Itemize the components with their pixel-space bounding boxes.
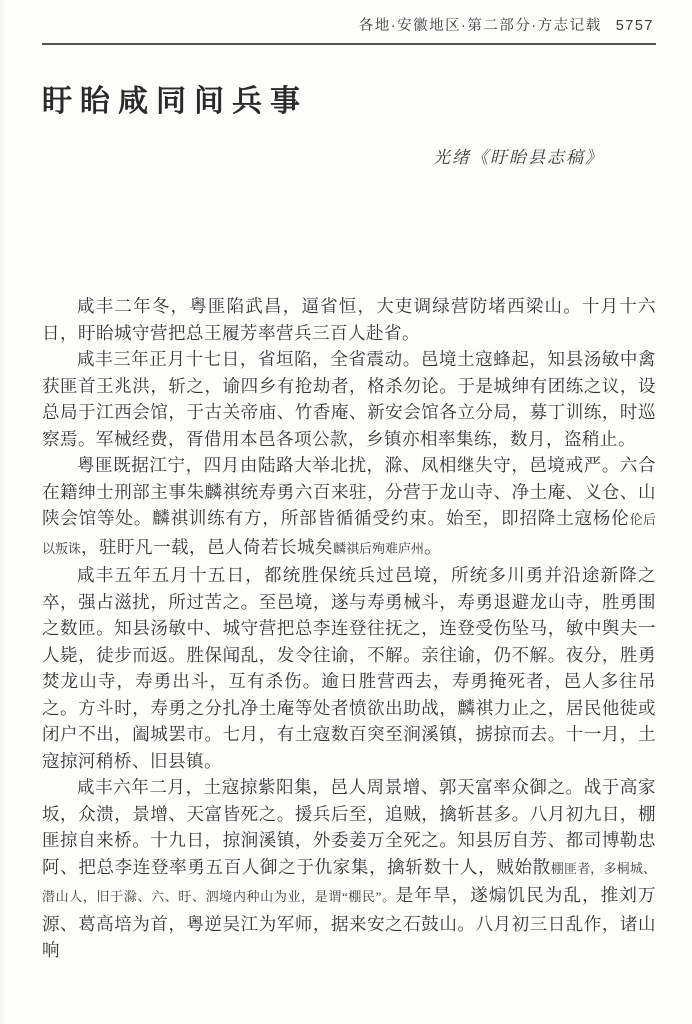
paragraph-text: 咸丰五年五月十五日，都统胜保统兵过邑境，所统多川勇并沿途新降之卒，强占滋扰，所过… — [42, 565, 656, 771]
running-header: 各地·安徽地区·第二部分·方志记载 5757 — [42, 14, 656, 35]
paragraph: 粤匪既据江宁，四月由陆路大举北扰，滁、凤相继失守，邑境戒严。六合在籍绅士刑部主事… — [42, 452, 656, 562]
header-divider — [42, 43, 656, 45]
article-body: 咸丰二年冬，粤匪陷武昌，逼省恒，大吏调绿营防堵西梁山。十月十六日，盱眙城守营把总… — [42, 293, 656, 964]
paragraph-text: 粤匪既据江宁，四月由陆路大举北扰，滁、凤相继失守，邑境戒严。六合在籍绅士刑部主事… — [42, 455, 656, 528]
paragraph-text: ，驻盱凡一载，邑人倚若长城矣 — [81, 537, 333, 557]
header-breadcrumb: 各地·安徽地区·第二部分·方志记载 — [359, 14, 602, 35]
inline-note: 麟祺后殉难庐州 — [333, 541, 424, 556]
paragraph: 咸丰六年二月，土寇掠紫阳集，邑人周景增、郭天富率众御之。战于高家坂，众溃，景增、… — [42, 774, 656, 964]
paragraph-text: 咸丰三年正月十七日，省垣陷，全省震动。邑境土寇蜂起，知县汤敏中禽获匪首王兆洪，斩… — [42, 349, 656, 449]
paragraph: 咸丰三年正月十七日，省垣陷，全省震动。邑境土寇蜂起，知县汤敏中禽获匪首王兆洪，斩… — [42, 346, 656, 452]
paragraph: 咸丰五年五月十五日，都统胜保统兵过邑境，所统多川勇并沿途新降之卒，强占滋扰，所过… — [42, 562, 656, 774]
page-number: 5757 — [616, 18, 654, 34]
scanned-book-page: 各地·安徽地区·第二部分·方志记载 5757 盱眙咸同间兵事 光绪《盱眙县志稿》… — [0, 0, 692, 1024]
paragraph: 咸丰二年冬，粤匪陷武昌，逼省恒，大吏调绿营防堵西梁山。十月十六日，盱眙城守营把总… — [42, 293, 656, 346]
article-title: 盱眙咸同间兵事 — [42, 76, 656, 120]
paragraph-text: 咸丰二年冬，粤匪陷武昌，逼省恒，大吏调绿营防堵西梁山。十月十六日，盱眙城守营把总… — [42, 296, 656, 343]
paragraph-text: 。 — [424, 537, 442, 557]
source-byline: 光绪《盱眙县志稿》 — [42, 143, 656, 168]
